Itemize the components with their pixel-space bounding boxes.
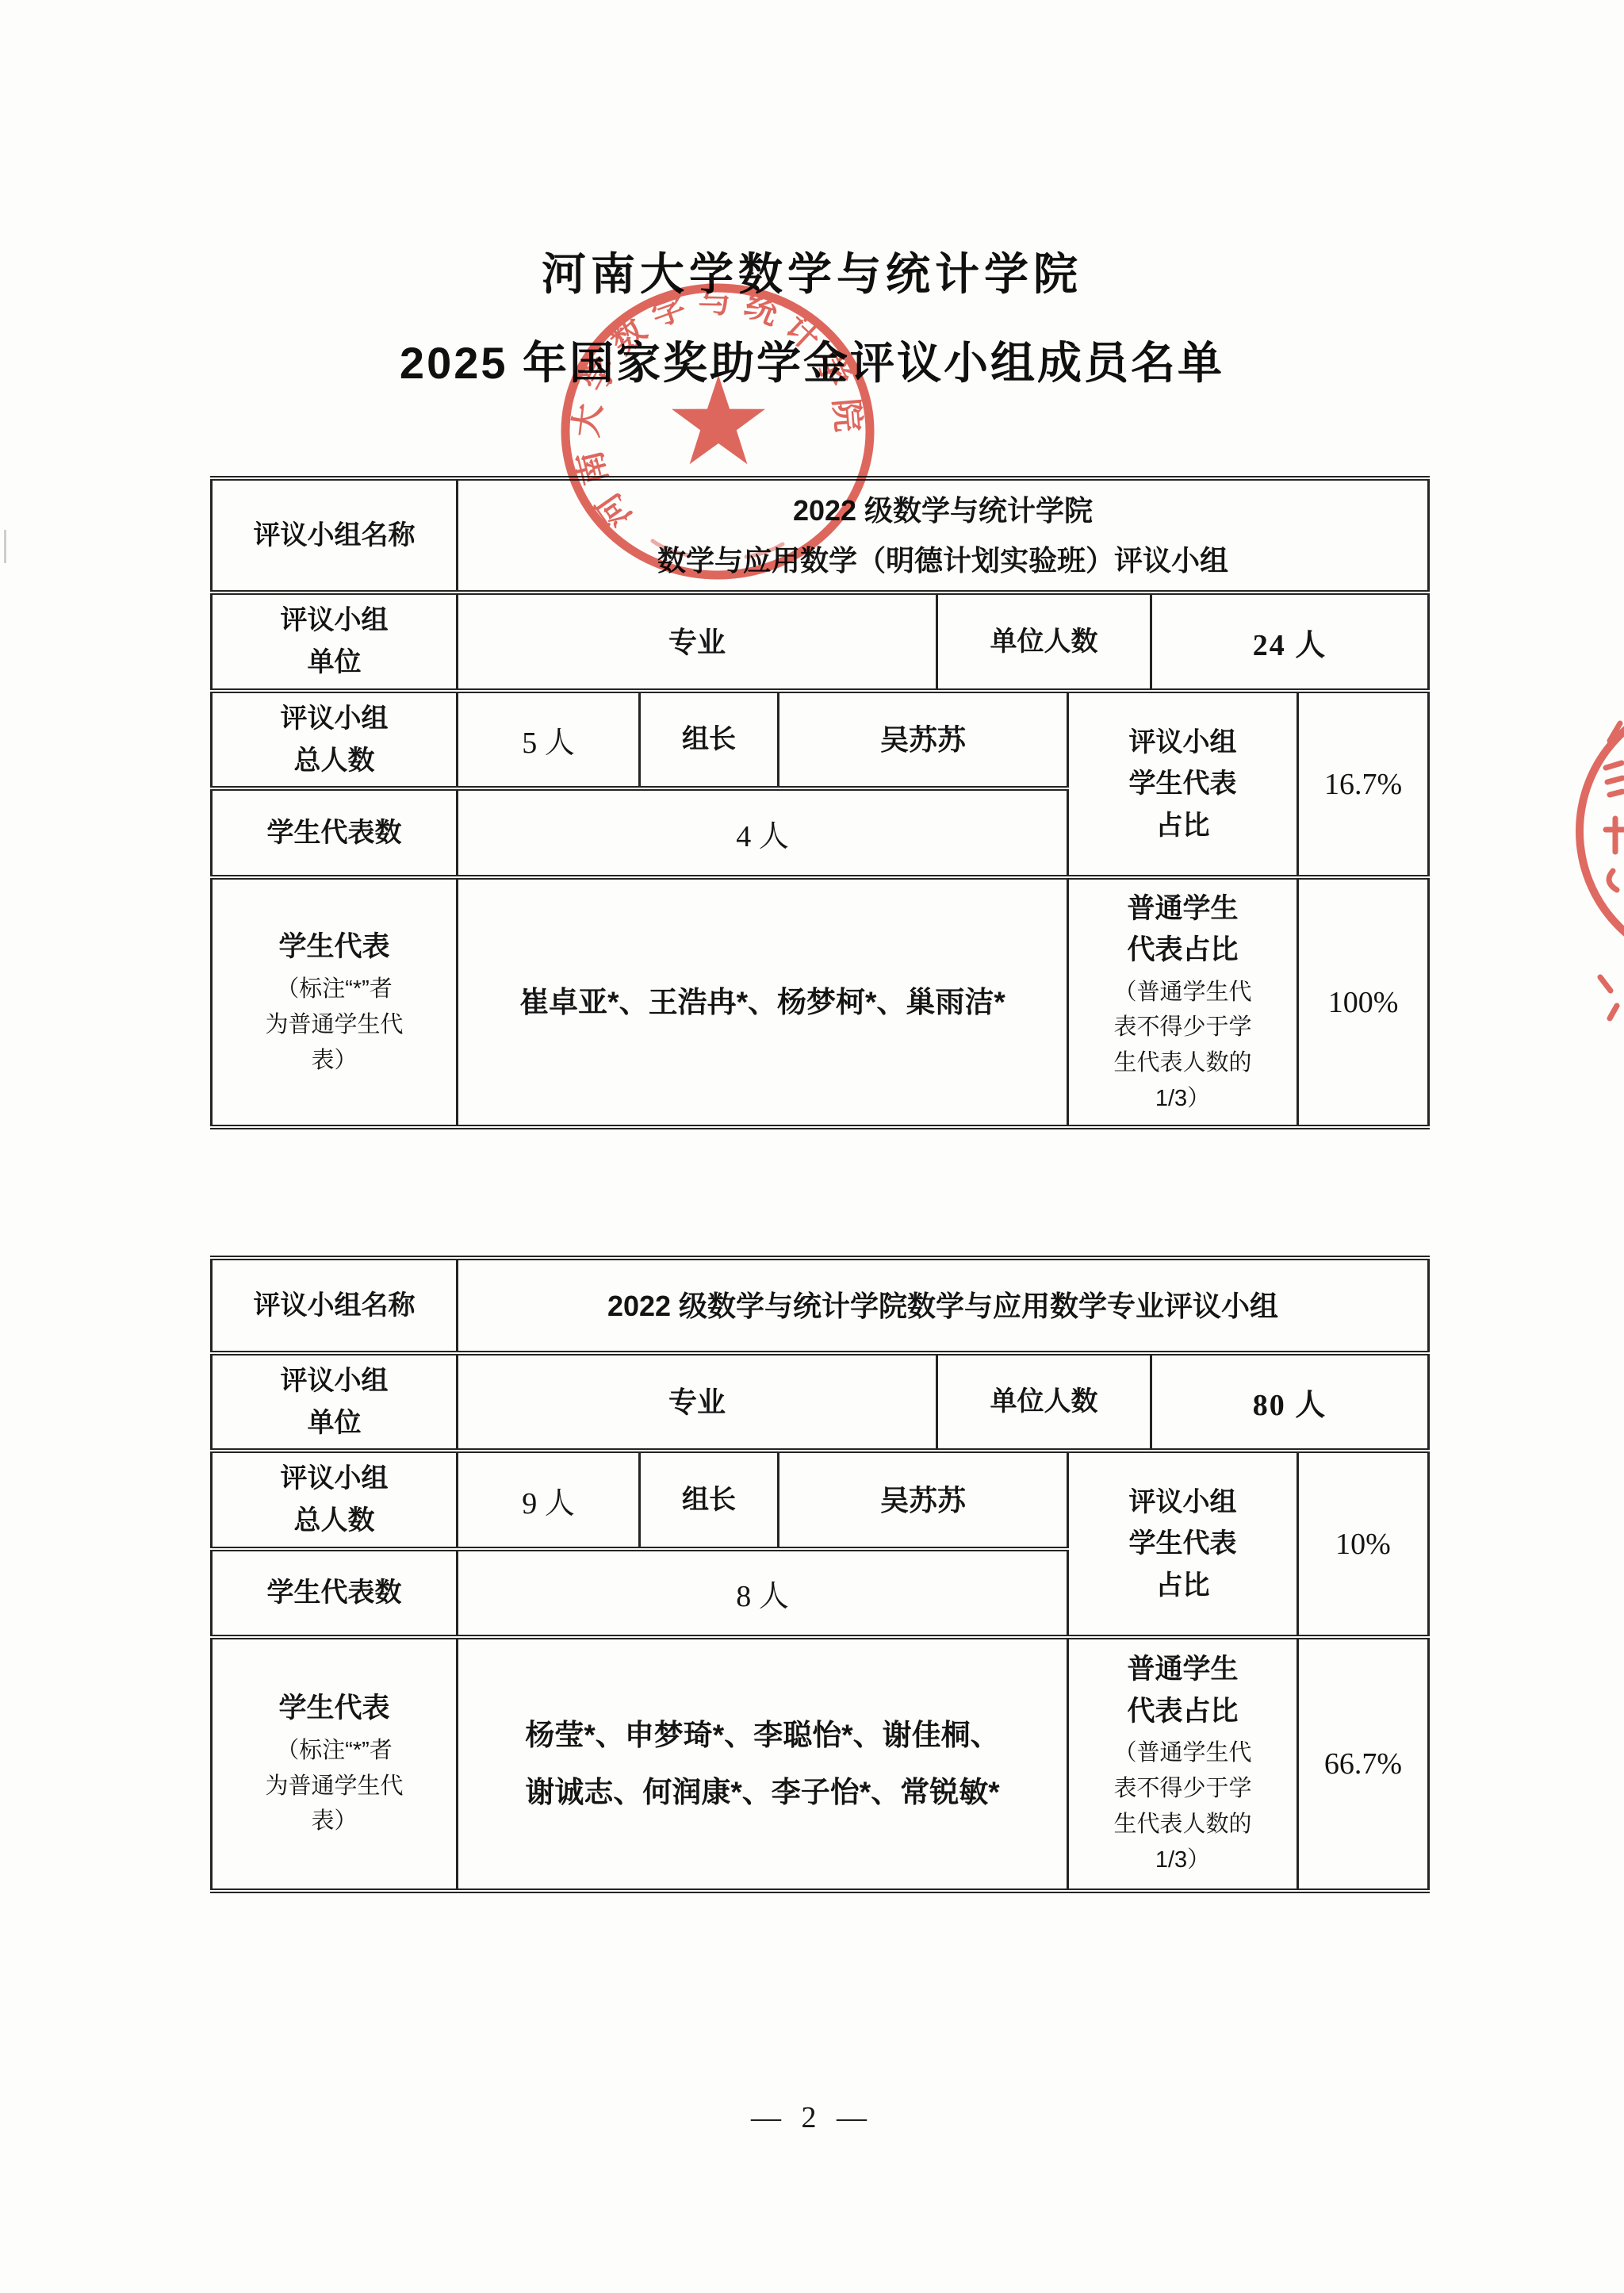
t2-ordinary-ratio-note: （普通学生代 表不得少于学 生代表人数的 1/3） <box>1077 1735 1289 1878</box>
t1-ordinary-ratio-cell: 普通学生 代表占比 （普通学生代 表不得少于学 生代表人数的 1/3） <box>1068 877 1298 1127</box>
t2-ordinary-ratio-cell: 普通学生 代表占比 （普通学生代 表不得少于学 生代表人数的 1/3） <box>1068 1637 1298 1891</box>
page-number: — 2 — <box>0 2100 1624 2135</box>
table-row: 评议小组 总人数 5 人 组长 吴苏苏 评议小组 学生代表 占比 16.7% <box>212 691 1429 788</box>
t2-total-label: 评议小组 总人数 <box>212 1451 458 1548</box>
t2-total-value: 9 人 <box>458 1451 640 1548</box>
t2-unit-value: 专业 <box>458 1353 937 1451</box>
t2-unit-label: 评议小组 单位 <box>212 1353 458 1451</box>
review-group-table-2: 评议小组名称 2022 级数学与统计学院数学与应用数学专业评议小组 评议小组 单… <box>210 1256 1430 1893</box>
t1-ordinary-ratio-value: 100% <box>1298 877 1429 1127</box>
t1-leader-name: 吴苏苏 <box>779 691 1068 788</box>
t1-total-label: 评议小组 总人数 <box>212 691 458 788</box>
review-group-table-1: 评议小组名称 2022 级数学与统计学院 数学与应用数学（明德计划实验班）评议小… <box>210 476 1430 1129</box>
t1-rep-names: 崔卓亚*、王浩冉*、杨梦柯*、巢雨洁* <box>458 877 1068 1127</box>
partial-edge-seal <box>1545 690 1624 1063</box>
t1-group-name-label: 评议小组名称 <box>212 478 458 592</box>
t1-student-count-value: 4 人 <box>458 788 1068 877</box>
table-row: 评议小组 总人数 9 人 组长 吴苏苏 评议小组 学生代表 占比 10% <box>212 1451 1429 1548</box>
t1-rep-label: 学生代表 <box>220 926 448 968</box>
t2-unit-count-value: 80 人 <box>1151 1353 1429 1451</box>
t2-rep-names: 杨莹*、申梦琦*、李聪怡*、谢佳桐、 谢诚志、何润康*、李子怡*、常锐敏* <box>458 1637 1068 1891</box>
t1-group-name-value: 2022 级数学与统计学院 数学与应用数学（明德计划实验班）评议小组 <box>458 478 1429 592</box>
t2-student-ratio-value: 10% <box>1298 1451 1429 1636</box>
table-row: 评议小组 单位 专业 单位人数 80 人 <box>212 1353 1429 1451</box>
t1-ordinary-ratio-note: （普通学生代 表不得少于学 生代表人数的 1/3） <box>1077 975 1289 1118</box>
t2-leader-name: 吴苏苏 <box>779 1451 1068 1548</box>
t1-unit-count-label: 单位人数 <box>937 592 1151 691</box>
table-row: 学生代表 （标注“*”者 为普通学生代 表） 崔卓亚*、王浩冉*、杨梦柯*、巢雨… <box>212 877 1429 1127</box>
t1-student-ratio-label: 评议小组 学生代表 占比 <box>1068 691 1298 877</box>
t2-student-count-label: 学生代表数 <box>212 1549 458 1637</box>
document-title-line1: 河南大学数学与统计学院 <box>0 240 1624 303</box>
t1-rep-note: （标注“*”者 为普通学生代 表） <box>220 972 448 1079</box>
t2-student-count-value: 8 人 <box>458 1549 1068 1637</box>
t1-unit-value: 专业 <box>458 592 937 691</box>
t2-rep-label-cell: 学生代表 （标注“*”者 为普通学生代 表） <box>212 1637 458 1891</box>
t2-ordinary-ratio-label: 普通学生 代表占比 <box>1077 1649 1289 1732</box>
table-row: 评议小组名称 2022 级数学与统计学院数学与应用数学专业评议小组 <box>212 1258 1429 1353</box>
t1-leader-label: 组长 <box>640 691 779 788</box>
t2-unit-count-label: 单位人数 <box>937 1353 1151 1451</box>
t1-total-value: 5 人 <box>458 691 640 788</box>
t2-leader-label: 组长 <box>640 1451 779 1548</box>
table-row: 评议小组 单位 专业 单位人数 24 人 <box>212 592 1429 691</box>
t2-ordinary-ratio-value: 66.7% <box>1298 1637 1429 1891</box>
t2-group-name-value: 2022 级数学与统计学院数学与应用数学专业评议小组 <box>458 1258 1429 1353</box>
t2-rep-label: 学生代表 <box>220 1688 448 1730</box>
table-row: 评议小组名称 2022 级数学与统计学院 数学与应用数学（明德计划实验班）评议小… <box>212 478 1429 592</box>
table-row: 学生代表 （标注“*”者 为普通学生代 表） 杨莹*、申梦琦*、李聪怡*、谢佳桐… <box>212 1637 1429 1891</box>
edge-seal-arc <box>1580 696 1624 966</box>
t1-unit-label: 评议小组 单位 <box>212 592 458 691</box>
document-title-line2: 2025 年国家奖助学金评议小组成员名单 <box>0 328 1624 392</box>
t1-ordinary-ratio-label: 普通学生 代表占比 <box>1077 888 1289 972</box>
t2-student-ratio-label: 评议小组 学生代表 占比 <box>1068 1451 1298 1636</box>
t1-unit-count-value: 24 人 <box>1151 592 1429 691</box>
t2-rep-note: （标注“*”者 为普通学生代 表） <box>220 1733 448 1840</box>
t1-student-count-label: 学生代表数 <box>212 788 458 877</box>
scan-artifact-left-edge <box>4 530 6 563</box>
edge-seal-character-fragments <box>1600 723 1623 1018</box>
document-page: 河南大学数学与统计学院 2025 年国家奖助学金评议小组成员名单 评议小组名称 … <box>0 0 1624 2293</box>
t1-rep-label-cell: 学生代表 （标注“*”者 为普通学生代 表） <box>212 877 458 1127</box>
t2-group-name-label: 评议小组名称 <box>212 1258 458 1353</box>
t1-student-ratio-value: 16.7% <box>1298 691 1429 877</box>
